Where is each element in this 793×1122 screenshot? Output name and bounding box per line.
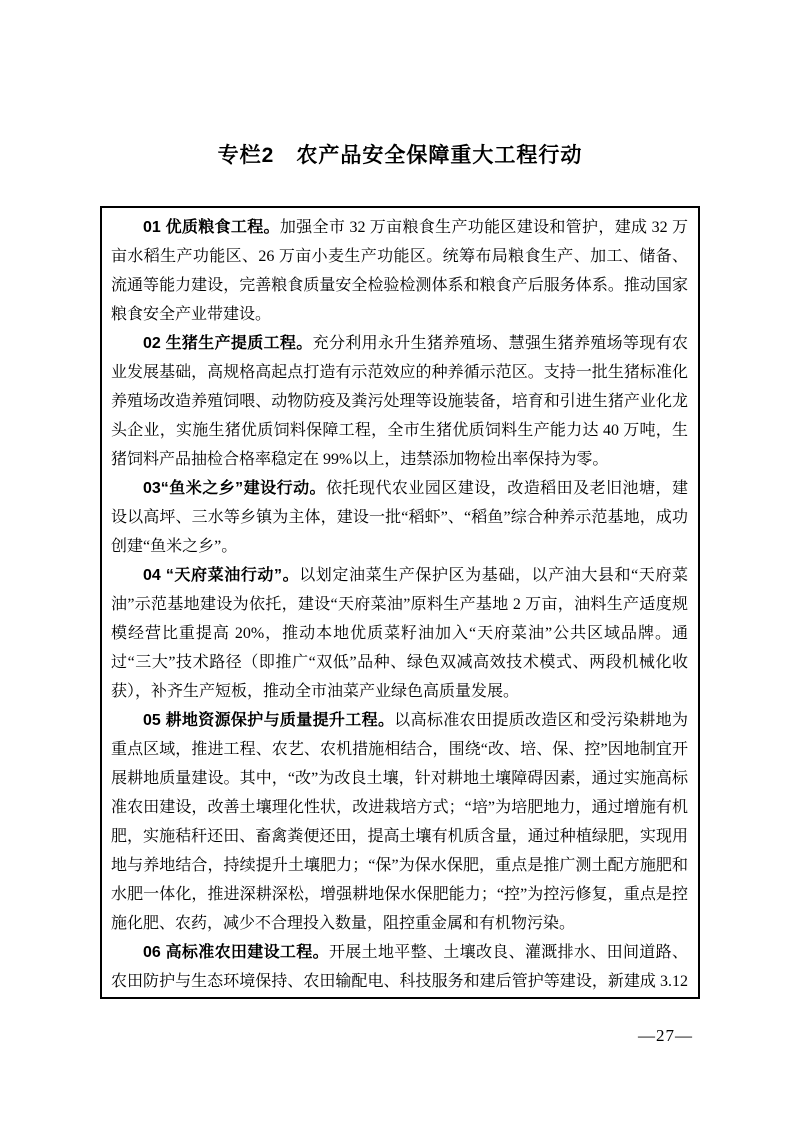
section-heading: 01 优质粮食工程。	[143, 219, 280, 236]
page-number: —27—	[638, 1026, 693, 1046]
section-paragraph-01: 01 优质粮食工程。加强全市 32 万亩粮食生产功能区建设和管护，建成 32 万…	[111, 213, 688, 329]
section-paragraph-02: 02 生猪生产提质工程。充分利用永升生猪养殖场、慧强生猪养殖场等现有农业发展基础…	[111, 329, 688, 474]
section-heading: 03“鱼米之乡”建设行动。	[143, 480, 326, 497]
section-heading: 05 耕地资源保护与质量提升工程。	[143, 712, 394, 729]
section-paragraph-06: 06 高标准农田建设工程。开展土地平整、土壤改良、灌溉排水、田间道路、农田防护与…	[111, 938, 688, 999]
section-heading: 04 “天府菜油行动”。	[143, 567, 299, 584]
section-body: 以高标准农田提质改造区和受污染耕地为重点区域，推进工程、农艺、农机措施相结合，围…	[111, 712, 688, 932]
section-body: 以划定油菜生产保护区为基础，以产油大县和“天府菜油”示范基地建设为依托，建设“天…	[111, 567, 688, 700]
content-box: 01 优质粮食工程。加强全市 32 万亩粮食生产功能区建设和管护，建成 32 万…	[100, 206, 700, 999]
section-paragraph-05: 05 耕地资源保护与质量提升工程。以高标准农田提质改造区和受污染耕地为重点区域，…	[111, 706, 688, 938]
section-paragraph-04: 04 “天府菜油行动”。以划定油菜生产保护区为基础，以产油大县和“天府菜油”示范…	[111, 561, 688, 706]
section-body: 充分利用永升生猪养殖场、慧强生猪养殖场等现有农业发展基础，高规格高起点打造有示范…	[111, 335, 688, 468]
section-paragraph-03: 03“鱼米之乡”建设行动。依托现代农业园区建设，改造稻田及老旧池塘，建设以高坪、…	[111, 474, 688, 561]
section-heading: 02 生猪生产提质工程。	[143, 335, 313, 352]
section-heading: 06 高标准农田建设工程。	[143, 944, 329, 961]
document-page: 专栏2 农产品安全保障重大工程行动 01 优质粮食工程。加强全市 32 万亩粮食…	[0, 0, 793, 1122]
page-title: 专栏2 农产品安全保障重大工程行动	[100, 139, 700, 169]
